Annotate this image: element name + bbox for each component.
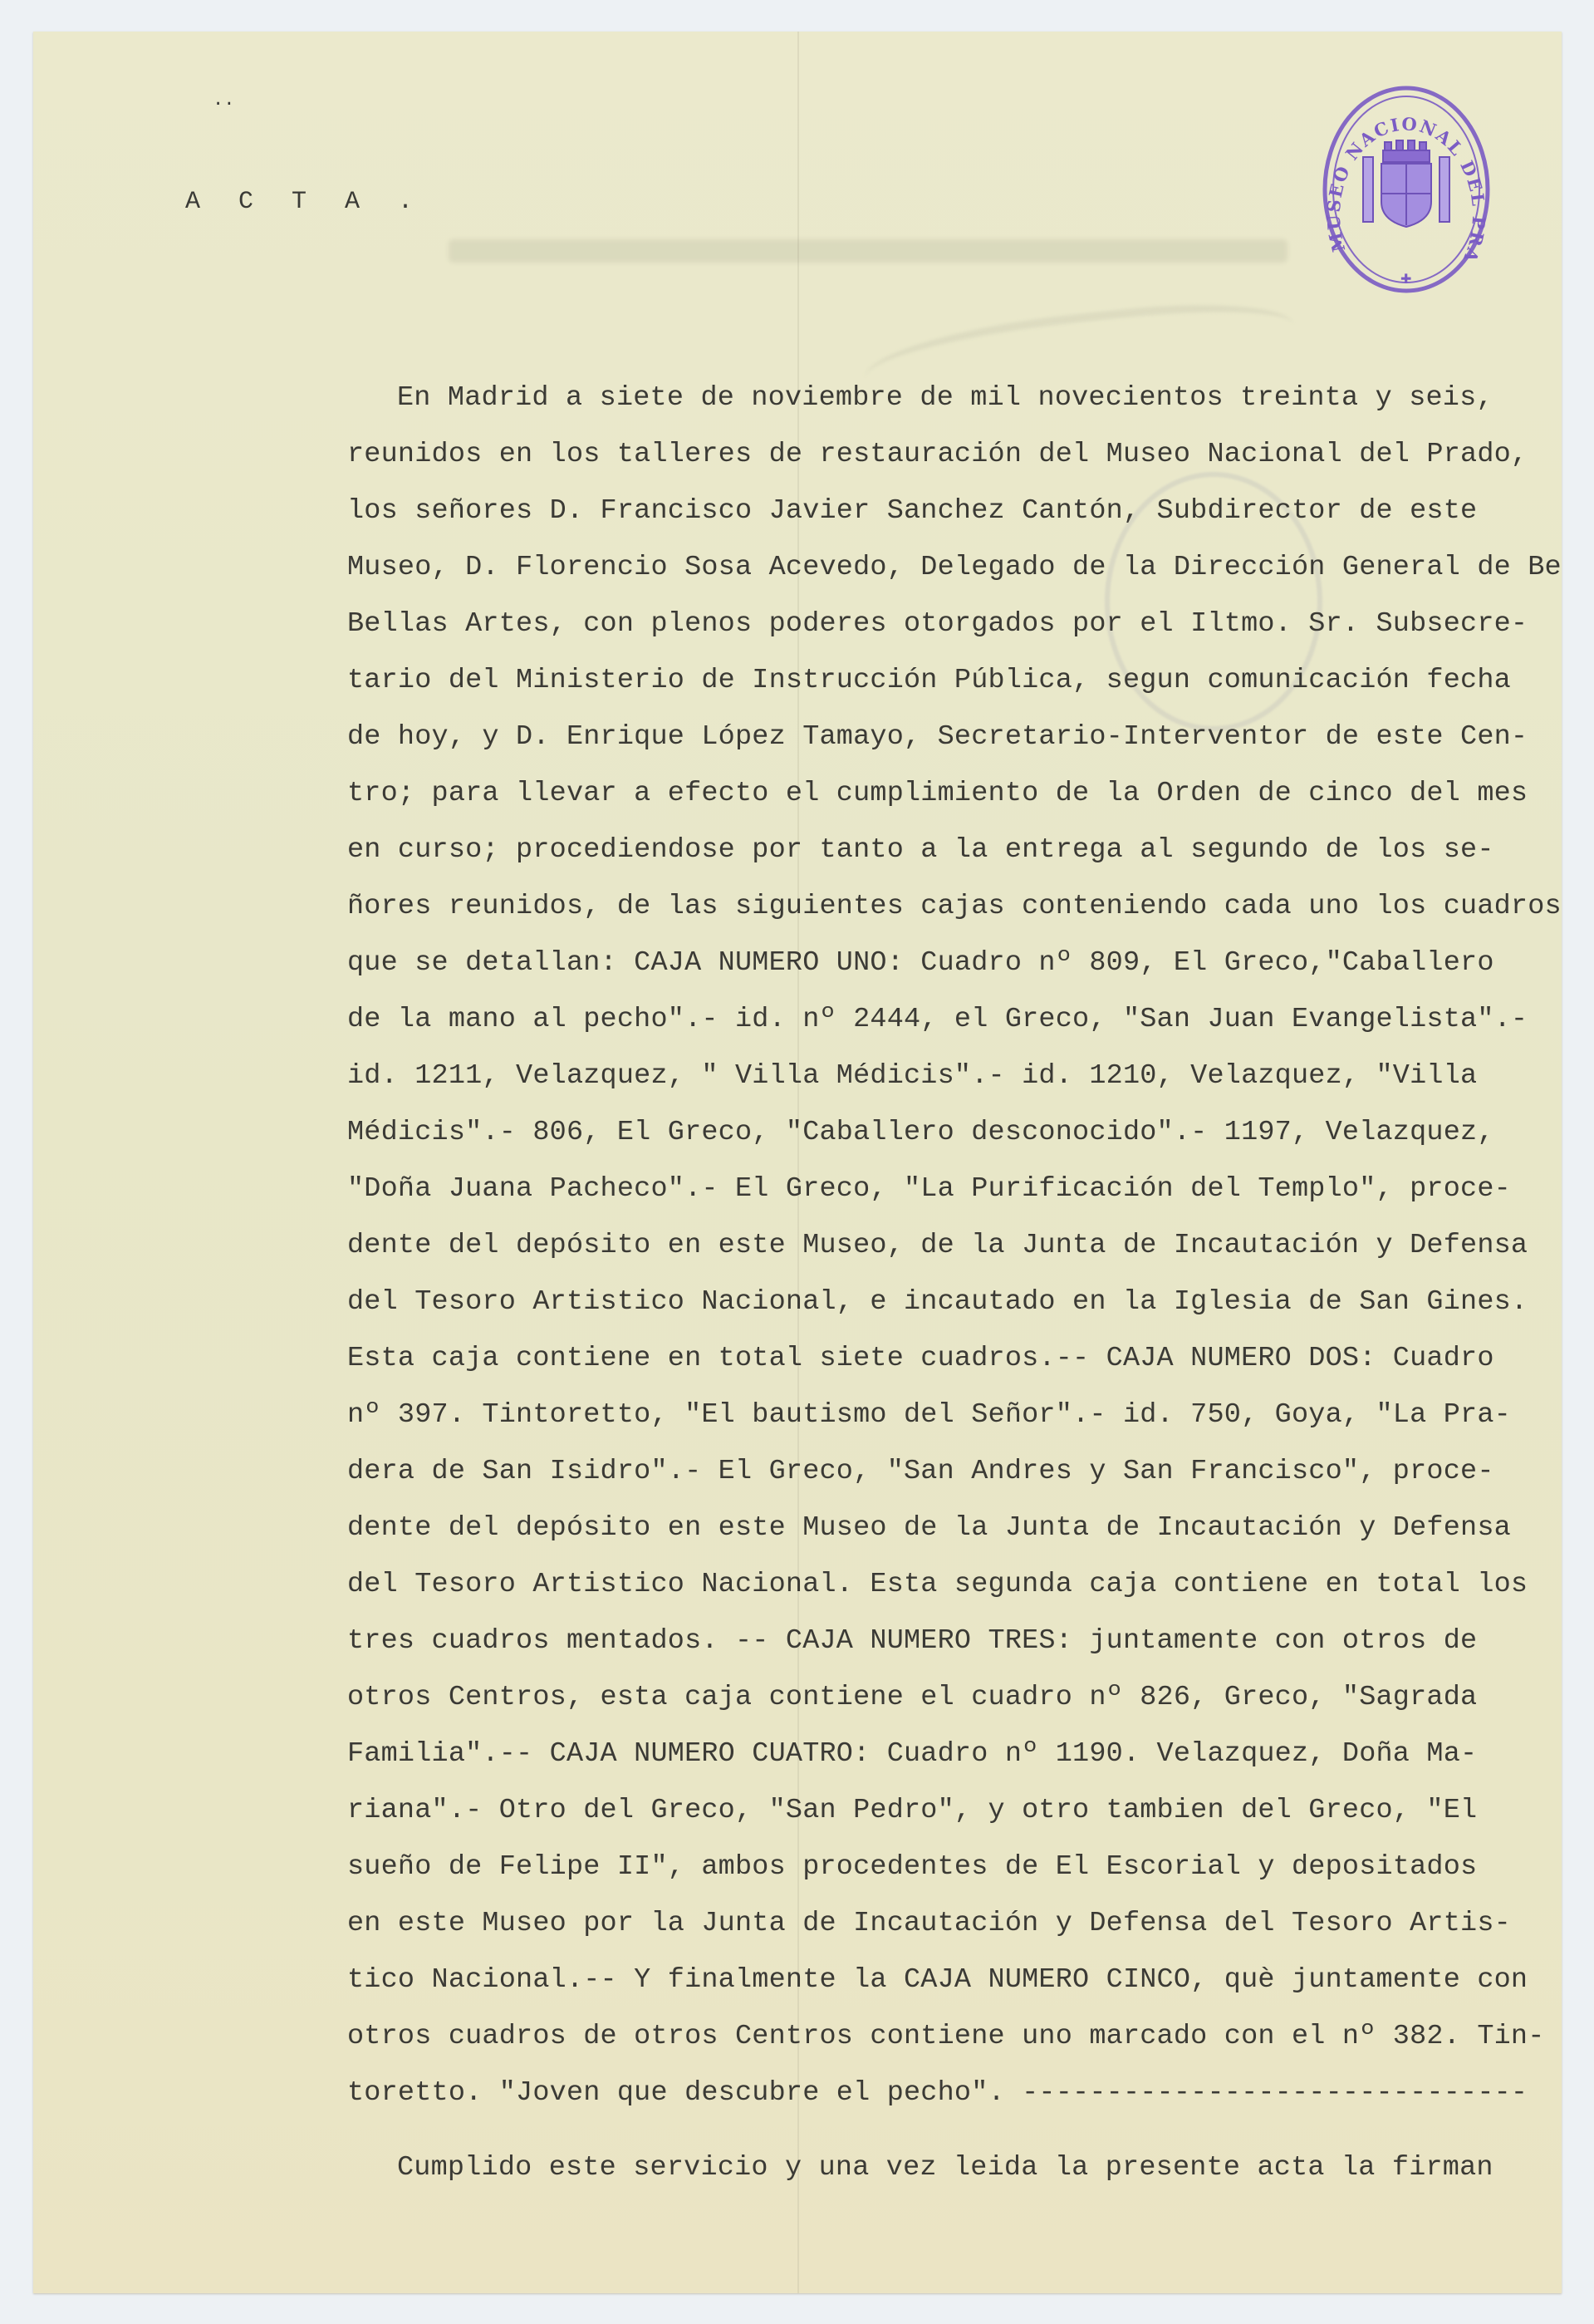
body-line: otros cuadros de otros Centros contiene …: [347, 2020, 1545, 2053]
body-line: otros Centros, esta caja contiene el cua…: [347, 1681, 1477, 1714]
body-line: Médicis".- 806, El Greco, "Caballero des…: [347, 1116, 1494, 1149]
body-line: en este Museo por la Junta de Incautació…: [347, 1907, 1511, 1940]
body-line: dente del depósito en este Museo de la J…: [347, 1511, 1511, 1545]
body-line: los señores D. Francisco Javier Sanchez …: [347, 494, 1477, 528]
body-line: Familia".-- CAJA NUMERO CUATRO: Cuadro n…: [347, 1737, 1477, 1771]
body-line: dente del depósito en este Museo, de la …: [347, 1229, 1528, 1262]
body-line: tario del Ministerio de Instrucción Públ…: [347, 664, 1511, 697]
closing-line: Cumplido este servicio y una vez leida l…: [397, 2151, 1493, 2184]
body-line: Bellas Artes, con plenos poderes otorgad…: [347, 607, 1528, 641]
body-line: en curso; procediendose por tanto a la e…: [347, 833, 1494, 867]
body-line: reunidos en los talleres de restauración…: [347, 438, 1528, 471]
document-title: A C T A .: [185, 188, 424, 216]
museo-prado-stamp-icon: MUSEO NACIONAL DEL PRADO ✚: [1315, 77, 1498, 302]
body-line: Esta caja contiene en total siete cuadro…: [347, 1342, 1494, 1375]
body-line: riana".- Otro del Greco, "San Pedro", y …: [347, 1794, 1477, 1827]
body-line: id. 1211, Velazquez, " Villa Médicis".- …: [347, 1059, 1477, 1093]
bleed-through-text: [449, 239, 1287, 263]
body-line: ñores reunidos, de las siguientes cajas …: [347, 890, 1562, 923]
body-line: del Tesoro Artistico Nacional. Esta segu…: [347, 1568, 1528, 1601]
body-line: tro; para llevar a efecto el cumplimient…: [347, 777, 1528, 810]
svg-text:✚: ✚: [1400, 271, 1411, 287]
body-line: de hoy, y D. Enrique López Tamayo, Secre…: [347, 720, 1528, 754]
body-line: tres cuadros mentados. -- CAJA NUMERO TR…: [347, 1624, 1477, 1658]
body-line: Museo, D. Florencio Sosa Acevedo, Delega…: [347, 551, 1562, 584]
body-line: dera de San Isidro".- El Greco, "San And…: [347, 1455, 1494, 1488]
body-line: del Tesoro Artistico Nacional, e incauta…: [347, 1285, 1528, 1319]
body-line: nº 397. Tintoretto, "El bautismo del Señ…: [347, 1398, 1511, 1432]
body-line: sueño de Felipe II", ambos procedentes d…: [347, 1850, 1477, 1884]
body-line: que se detallan: CAJA NUMERO UNO: Cuadro…: [347, 946, 1494, 980]
body-line: En Madrid a siete de noviembre de mil no…: [397, 381, 1493, 415]
body-line: toretto. "Joven que descubre el pecho". …: [347, 2076, 1528, 2110]
header-marks: ..: [213, 90, 234, 111]
body-line: "Doña Juana Pacheco".- El Greco, "La Pur…: [347, 1172, 1511, 1206]
paper-fold: [797, 32, 799, 2293]
body-line: de la mano al pecho".- id. nº 2444, el G…: [347, 1003, 1528, 1036]
document-page: .. A C T A . MUSEO NACIONAL DEL PRADO ✚ …: [33, 32, 1562, 2293]
body-line: tico Nacional.-- Y finalmente la CAJA NU…: [347, 1963, 1528, 1997]
